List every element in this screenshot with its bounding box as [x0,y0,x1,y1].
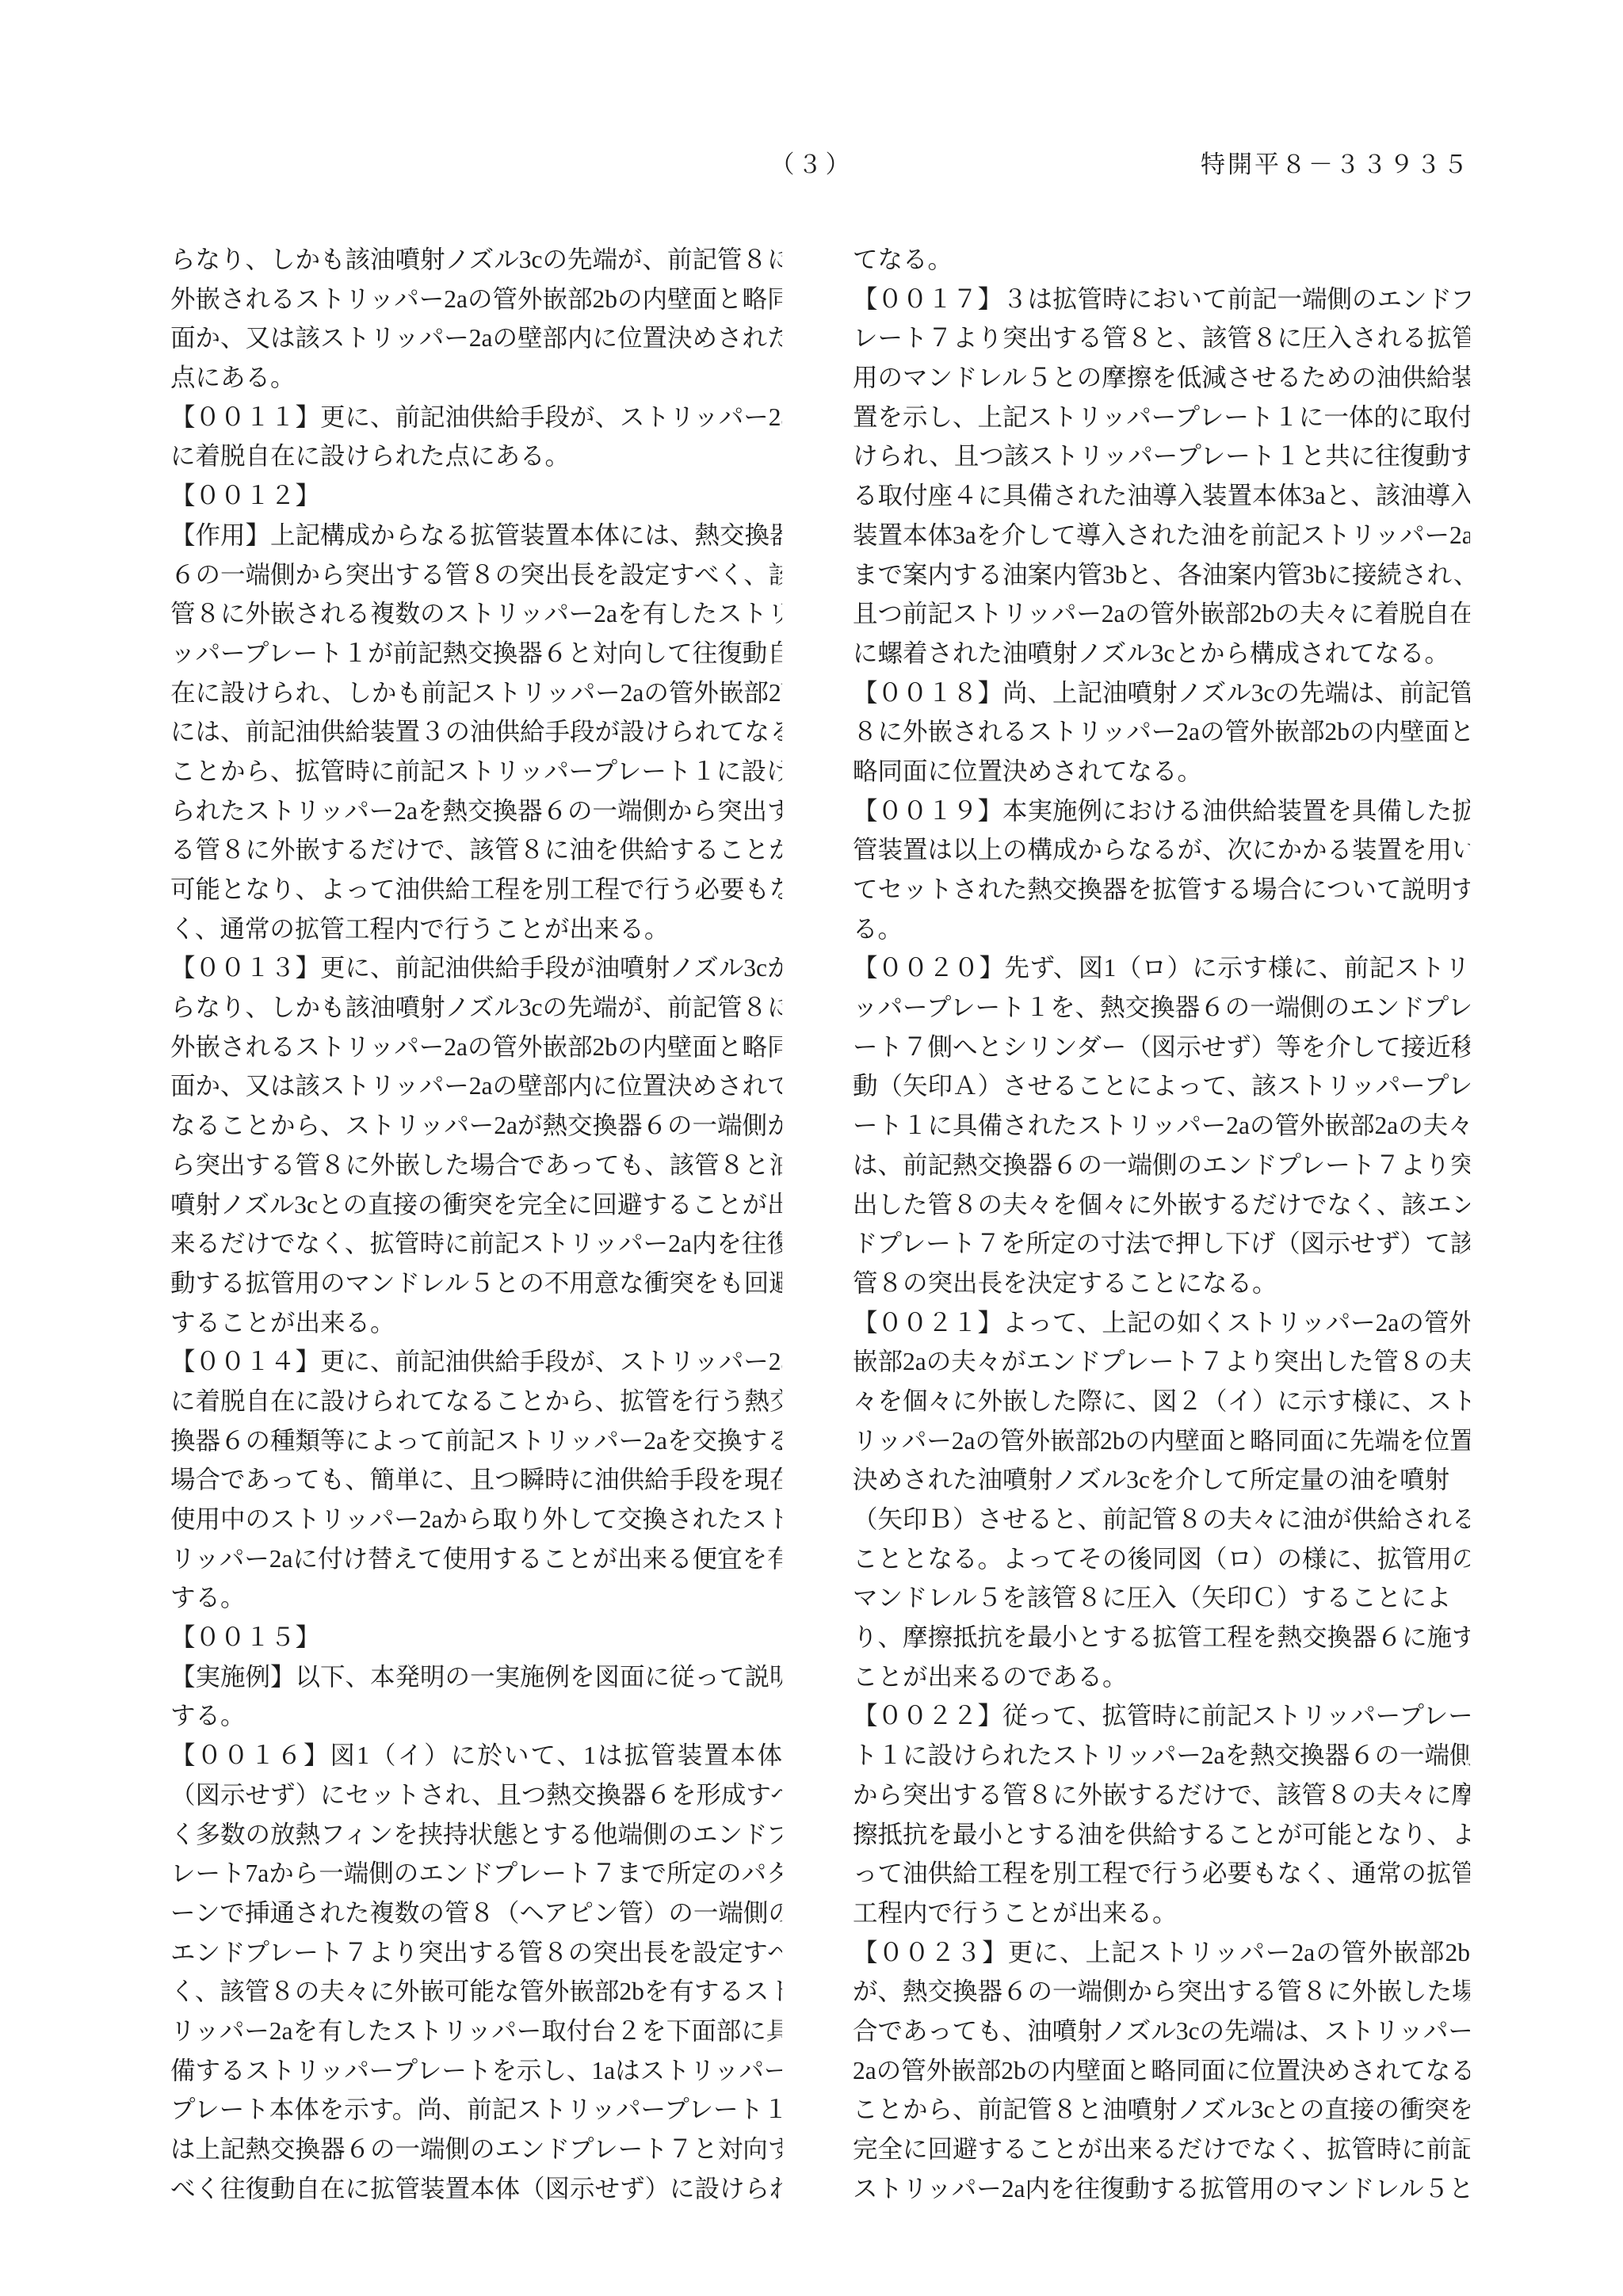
text-line: る取付座４に具備された油導入装置本体3aと、該油導入 [853,476,1470,516]
text-line: 動（矢印Ａ）させることによって、該ストリッパープレ [853,1066,1470,1106]
text-line: 【００１８】尚、上記油噴射ノズル3cの先端は、前記管 [853,673,1470,713]
text-line: は上記熱交換器６の一端側のエンドプレート７と対向す [170,2130,782,2169]
text-line: 【００１４】更に、前記油供給手段が、ストリッパー2a [170,1342,782,1382]
text-line: 工程内で行うことが出来る。 [853,1894,1470,1933]
text-line: は、前記熱交換器６の一端側のエンドプレート７より突 [853,1146,1470,1185]
text-line: く多数の放熱フィンを挟持状態とする他端側のエンドプ [170,1815,782,1855]
text-line: 嵌部2aの夫々がエンドプレート７より突出した管８の夫 [853,1342,1470,1382]
text-line: ８に外嵌されるストリッパー2aの管外嵌部2bの内壁面と [853,712,1470,752]
text-line: 外嵌されるストリッパー2aの管外嵌部2bの内壁面と略同 [170,1028,782,1067]
text-line: リッパー2aを有したストリッパー取付台２を下面部に具 [170,2012,782,2051]
text-line: 管８の突出長を決定することになる。 [853,1264,1470,1303]
text-line: から突出する管８に外嵌するだけで、該管８の夫々に摩 [853,1775,1470,1815]
text-line: 々を個々に外嵌した際に、図２（イ）に示す様に、スト [853,1382,1470,1421]
text-line: 決めされた油噴射ノズル3cを介して所定量の油を噴射 [853,1460,1470,1500]
text-line: 【００２３】更に、上記ストリッパー2aの管外嵌部2b [853,1933,1470,1973]
text-line: が、熱交換器６の一端側から突出する管８に外嵌した場 [853,1972,1470,2012]
text-line: 点にある。 [170,358,782,398]
text-line: 可能となり、よって油供給工程を別工程で行う必要もな [170,870,782,910]
text-line: ーンで挿通された複数の管８（ヘアピン管）の一端側の [170,1894,782,1933]
text-line: ら突出する管８に外嵌した場合であっても、該管８と油 [170,1146,782,1185]
text-line: らなり、しかも該油噴射ノズル3cの先端が、前記管８に [170,240,782,280]
text-line: 【００１１】更に、前記油供給手段が、ストリッパー2a [170,398,782,437]
text-line: らなり、しかも該油噴射ノズル3cの先端が、前記管８に [170,988,782,1028]
text-line: 在に設けられ、しかも前記ストリッパー2aの管外嵌部2b [170,673,782,713]
text-line: 装置本体3aを介して導入された油を前記ストリッパー2a [853,516,1470,555]
text-line: （矢印Ｂ）させると、前記管８の夫々に油が供給される [853,1500,1470,1539]
text-line: く、通常の拡管工程内で行うことが出来る。 [170,910,782,949]
text-line: ことから、前記管８と油噴射ノズル3cとの直接の衝突を [853,2090,1470,2130]
text-line: 【００１９】本実施例における油供給装置を具備した拡 [853,791,1470,831]
text-line: ことが出来るのである。 [853,1657,1470,1697]
text-line: てなる。 [853,240,1470,280]
text-line: することが出来る。 [170,1303,782,1343]
text-line: 場合であっても、簡単に、且つ瞬時に油供給手段を現在 [170,1460,782,1500]
text-line: 且つ前記ストリッパー2aの管外嵌部2bの夫々に着脱自在 [853,594,1470,634]
text-line: られたストリッパー2aを熱交換器６の一端側から突出す [170,791,782,831]
text-line: プレート本体を示す。尚、前記ストリッパープレート１ [170,2090,782,2130]
text-line: 用のマンドレル５との摩擦を低減させるための油供給装 [853,358,1470,398]
text-line: 面か、又は該ストリッパー2aの壁部内に位置決めされた [170,318,782,358]
text-line: まで案内する油案内管3bと、各油案内管3bに接続され、 [853,555,1470,595]
text-line: 【００１３】更に、前記油供給手段が油噴射ノズル3cか [170,948,782,988]
text-line: 【作用】上記構成からなる拡管装置本体には、熱交換器 [170,516,782,555]
text-line: 擦抵抗を最小とする油を供給することが可能となり、よ [853,1815,1470,1855]
text-line: ことから、拡管時に前記ストリッパープレート１に設け [170,752,782,791]
text-line: 来るだけでなく、拡管時に前記ストリッパー2a内を往復 [170,1224,782,1264]
text-line: ート１に具備されたストリッパー2aの管外嵌部2aの夫々 [853,1106,1470,1146]
text-line: てセットされた熱交換器を拡管する場合について説明す [853,870,1470,910]
text-line: 使用中のストリッパー2aから取り外して交換されたスト [170,1500,782,1539]
text-line: 面か、又は該ストリッパー2aの壁部内に位置決めされて [170,1066,782,1106]
text-line: 【００１６】図1（イ）に於いて、1は拡管装置本体 [170,1736,782,1775]
text-line: に螺着された油噴射ノズル3cとから構成されてなる。 [853,634,1470,673]
text-line: 完全に回避することが出来るだけでなく、拡管時に前記 [853,2130,1470,2169]
text-line: べく往復動自在に拡管装置本体（図示せず）に設けられ [170,2169,782,2209]
text-line: ート７側へとシリンダー（図示せず）等を介して接近移 [853,1028,1470,1067]
text-line: レート７より突出する管８と、該管８に圧入される拡管 [853,318,1470,358]
text-line: リッパー2aに付け替えて使用することが出来る便宜を有 [170,1539,782,1579]
page-header: （３） 特開平８－３３９３５ [0,144,1623,182]
text-line: なることから、ストリッパー2aが熱交換器６の一端側か [170,1106,782,1146]
text-line: 管８に外嵌される複数のストリッパー2aを有したストリ [170,594,782,634]
text-line: 噴射ノズル3cとの直接の衝突を完全に回避することが出 [170,1185,782,1225]
text-line: る。 [853,910,1470,949]
text-line: ドプレート７を所定の寸法で押し下げ（図示せず）て該 [853,1224,1470,1264]
text-line: 外嵌されるストリッパー2aの管外嵌部2bの内壁面と略同 [170,280,782,319]
text-line: 【００１５】 [170,1618,782,1657]
publication-number: 特開平８－３３９３５ [1201,144,1470,180]
text-line: 【００２２】従って、拡管時に前記ストリッパープレー [853,1696,1470,1736]
text-line: には、前記油供給装置３の油供給手段が設けられてなる [170,712,782,752]
left-text-column: らなり、しかも該油噴射ノズル3cの先端が、前記管８に外嵌されるストリッパー2aの… [170,240,782,2208]
text-line: 合であっても、油噴射ノズル3cの先端は、ストリッパー [853,2012,1470,2051]
text-line: （図示せず）にセットされ、且つ熱交換器６を形成すべ [170,1775,782,1815]
text-line: 動する拡管用のマンドレル５との不用意な衝突をも回避 [170,1264,782,1303]
text-line: 【００１７】３は拡管時において前記一端側のエンドプ [853,280,1470,319]
text-line: 換器６の種類等によって前記ストリッパー2aを交換する [170,1421,782,1461]
text-line: に着脱自在に設けられた点にある。 [170,437,782,476]
text-line: 【実施例】以下、本発明の一実施例を図面に従って説明 [170,1657,782,1697]
text-line: リッパー2aの管外嵌部2bの内壁面と略同面に先端を位置 [853,1421,1470,1461]
text-line: ６の一端側から突出する管８の突出長を設定すべく、該 [170,555,782,595]
text-line: 管装置は以上の構成からなるが、次にかかる装置を用い [853,830,1470,870]
text-line: ッパープレート１を、熱交換器６の一端側のエンドプレ [853,988,1470,1028]
text-line: く、該管８の夫々に外嵌可能な管外嵌部2bを有するスト [170,1972,782,2012]
text-line: に着脱自在に設けられてなることから、拡管を行う熱交 [170,1382,782,1421]
text-line: けられ、且つ該ストリッパープレート１と共に往復動す [853,437,1470,476]
text-line: ストリッパー2a内を往復動する拡管用のマンドレル５と [853,2169,1470,2209]
text-line: って油供給工程を別工程で行う必要もなく、通常の拡管 [853,1854,1470,1894]
text-line: 【００１２】 [170,476,782,516]
text-line: する。 [170,1578,782,1618]
patent-page: （３） 特開平８－３３９３５ らなり、しかも該油噴射ノズル3cの先端が、前記管８… [0,0,1623,2296]
text-line: り、摩擦抵抗を最小とする拡管工程を熱交換器６に施す [853,1618,1470,1657]
text-line: エンドプレート７より突出する管８の突出長を設定すべ [170,1933,782,1973]
text-line: ト１に設けられたストリッパー2aを熱交換器６の一端側 [853,1736,1470,1775]
text-line: マンドレル５を該管８に圧入（矢印Ｃ）することによ [853,1578,1470,1618]
text-line: 略同面に位置決めされてなる。 [853,752,1470,791]
text-line: レート7aから一端側のエンドプレート７まで所定のパタ [170,1854,782,1894]
right-text-column: てなる。【００１７】３は拡管時において前記一端側のエンドプレート７より突出する管… [853,240,1470,2208]
text-line: ッパープレート１が前記熱交換器６と対向して往復動自 [170,634,782,673]
text-line: する。 [170,1696,782,1736]
text-line: 【００２１】よって、上記の如くストリッパー2aの管外 [853,1303,1470,1343]
text-line: 【００２０】先ず、図1（ロ）に示す様に、前記ストリ [853,948,1470,988]
text-line: 2aの管外嵌部2bの内壁面と略同面に位置決めされてなる [853,2051,1470,2091]
text-line: 備するストリッパープレートを示し、1aはストリッパー [170,2051,782,2091]
text-line: こととなる。よってその後同図（ロ）の様に、拡管用の [853,1539,1470,1579]
text-line: る管８に外嵌するだけで、該管８に油を供給することが [170,830,782,870]
text-line: 出した管８の夫々を個々に外嵌するだけでなく、該エン [853,1185,1470,1225]
text-line: 置を示し、上記ストリッパープレート１に一体的に取付 [853,398,1470,437]
